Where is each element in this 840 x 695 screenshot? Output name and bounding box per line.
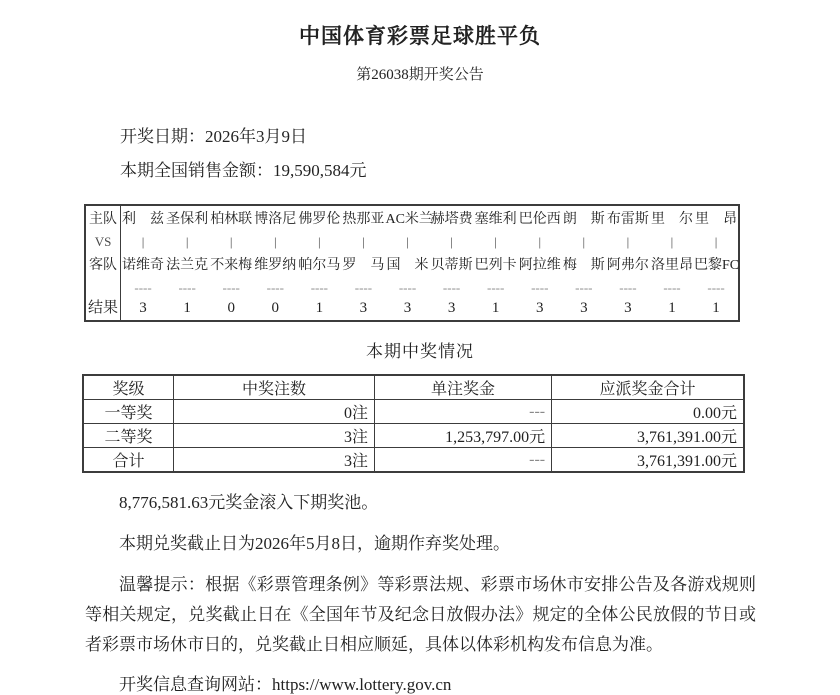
prize-level-cell: 合计 xyxy=(83,448,174,473)
score-placeholder: ---- xyxy=(606,279,650,298)
score-placeholder: ---- xyxy=(121,279,165,298)
home-team-name: 里 昂 xyxy=(694,206,738,232)
away-team-name: 罗 马 xyxy=(341,254,385,279)
away-team-name: 法兰克 xyxy=(165,254,209,279)
vs-bar: | xyxy=(474,232,518,254)
home-team-name: 赫塔费 xyxy=(430,206,474,232)
away-team-name: 阿弗尔 xyxy=(606,254,650,279)
match-table-row-labels: 主队 VS 客队 结果 xyxy=(86,206,121,320)
prize-table-row: 二等奖 3注 1,253,797.00元 3,761,391.00元 xyxy=(83,424,744,448)
vs-bar: | xyxy=(606,232,650,254)
away-team-name: 国 米 xyxy=(385,254,429,279)
match-column: 热那亚 | 罗 马 ---- 3 xyxy=(341,206,385,320)
home-team-name: 塞维利 xyxy=(474,206,518,232)
match-column: 里 昂 | 巴黎FC ---- 1 xyxy=(694,206,738,320)
match-result-value: 3 xyxy=(606,298,650,320)
away-team-name: 阿拉维 xyxy=(518,254,562,279)
match-column: 巴伦西 | 阿拉维 ---- 3 xyxy=(518,206,562,320)
winning-bets-header: 中奖注数 xyxy=(174,375,375,400)
home-row-label: 主队 xyxy=(86,206,120,232)
score-placeholder: ---- xyxy=(562,279,606,298)
single-prize-cell: --- xyxy=(374,448,551,473)
issue-subtitle: 第26038期开奖公告 xyxy=(0,63,840,84)
home-team-name: 佛罗伦 xyxy=(297,206,341,232)
match-column: 布雷斯 | 阿弗尔 ---- 3 xyxy=(606,206,650,320)
prize-table-row: 合计 3注 --- 3,761,391.00元 xyxy=(83,448,744,473)
total-prize-cell: 0.00元 xyxy=(552,400,744,424)
vs-bar: | xyxy=(209,232,253,254)
match-results-table: 主队 VS 客队 结果 利 兹 | 诺维奇 ---- 3 圣保利 | 法兰克 -… xyxy=(84,204,740,322)
vs-bar: | xyxy=(121,232,165,254)
match-result-value: 3 xyxy=(341,298,385,320)
prize-table-row: 一等奖 0注 --- 0.00元 xyxy=(83,400,744,424)
match-column: 佛罗伦 | 帕尔马 ---- 1 xyxy=(297,206,341,320)
score-placeholder: ---- xyxy=(253,279,297,298)
home-team-name: 里 尔 xyxy=(650,206,694,232)
vs-bar: | xyxy=(165,232,209,254)
home-team-name: AC米兰 xyxy=(385,206,429,232)
home-team-name: 朗 斯 xyxy=(562,206,606,232)
vs-bar: | xyxy=(518,232,562,254)
total-prize-header: 应派奖金合计 xyxy=(552,375,744,400)
away-team-name: 诺维奇 xyxy=(121,254,165,279)
prize-level-cell: 二等奖 xyxy=(83,424,174,448)
prize-table-header-row: 奖级 中奖注数 单注奖金 应派奖金合计 xyxy=(83,375,744,400)
match-result-value: 3 xyxy=(430,298,474,320)
vs-bar: | xyxy=(650,232,694,254)
winning-bets-cell: 3注 xyxy=(174,424,375,448)
total-prize-cell: 3,761,391.00元 xyxy=(552,448,744,473)
home-team-name: 热那亚 xyxy=(341,206,385,232)
match-result-value: 1 xyxy=(694,298,738,320)
vs-bar: | xyxy=(562,232,606,254)
match-column: AC米兰 | 国 米 ---- 3 xyxy=(385,206,429,320)
away-team-name: 洛里昂 xyxy=(650,254,694,279)
match-result-value: 1 xyxy=(297,298,341,320)
match-result-value: 3 xyxy=(385,298,429,320)
prize-table: 奖级 中奖注数 单注奖金 应派奖金合计 一等奖 0注 --- 0.00元 二等奖… xyxy=(82,374,745,473)
score-placeholder: ---- xyxy=(694,279,738,298)
match-column: 朗 斯 | 梅 斯 ---- 3 xyxy=(562,206,606,320)
draw-date-line: 开奖日期：2026年3月9日 xyxy=(120,120,840,154)
prize-level-cell: 一等奖 xyxy=(83,400,174,424)
match-column: 柏林联 | 不来梅 ---- 0 xyxy=(209,206,253,320)
rollover-note: 8,776,581.63元奖金滚入下期奖池。 xyxy=(85,488,756,518)
match-result-value: 3 xyxy=(562,298,606,320)
vs-bar: | xyxy=(253,232,297,254)
home-team-name: 巴伦西 xyxy=(518,206,562,232)
winning-bets-cell: 3注 xyxy=(174,448,375,473)
winning-section-heading: 本期中奖情况 xyxy=(0,337,840,362)
match-column: 博洛尼 | 维罗纳 ---- 0 xyxy=(253,206,297,320)
home-team-name: 利 兹 xyxy=(121,206,165,232)
away-team-name: 巴黎FC xyxy=(694,254,738,279)
match-column: 赫塔费 | 贝蒂斯 ---- 3 xyxy=(430,206,474,320)
away-team-name: 梅 斯 xyxy=(562,254,606,279)
vs-bar: | xyxy=(297,232,341,254)
website-note: 开奖信息查询网站：https://www.lottery.gov.cn xyxy=(85,670,756,695)
score-placeholder: ---- xyxy=(297,279,341,298)
match-result-value: 0 xyxy=(209,298,253,320)
match-result-value: 3 xyxy=(518,298,562,320)
single-prize-cell: --- xyxy=(374,400,551,424)
home-team-name: 圣保利 xyxy=(165,206,209,232)
match-result-value: 1 xyxy=(650,298,694,320)
vs-bar: | xyxy=(385,232,429,254)
vs-row-label: VS xyxy=(86,232,120,254)
away-team-name: 贝蒂斯 xyxy=(430,254,474,279)
score-placeholder: ---- xyxy=(341,279,385,298)
match-column: 利 兹 | 诺维奇 ---- 3 xyxy=(121,206,165,320)
away-team-name: 巴列卡 xyxy=(474,254,518,279)
away-team-name: 维罗纳 xyxy=(253,254,297,279)
page-title: 中国体育彩票足球胜平负 xyxy=(0,20,840,50)
total-prize-cell: 3,761,391.00元 xyxy=(552,424,744,448)
vs-bar: | xyxy=(430,232,474,254)
score-placeholder: ---- xyxy=(650,279,694,298)
vs-bar: | xyxy=(341,232,385,254)
deadline-note: 本期兑奖截止日为2026年5月8日，逾期作弃奖处理。 xyxy=(85,529,756,559)
prize-level-header: 奖级 xyxy=(83,375,174,400)
lottery-announcement-page: 中国体育彩票足球胜平负 第26038期开奖公告 开奖日期：2026年3月9日 本… xyxy=(0,0,840,695)
score-placeholder: ---- xyxy=(518,279,562,298)
away-row-label: 客队 xyxy=(86,254,120,279)
home-team-name: 博洛尼 xyxy=(253,206,297,232)
away-team-name: 不来梅 xyxy=(209,254,253,279)
single-prize-header: 单注奖金 xyxy=(374,375,551,400)
winning-bets-cell: 0注 xyxy=(174,400,375,424)
match-result-value: 0 xyxy=(253,298,297,320)
away-team-name: 帕尔马 xyxy=(297,254,341,279)
score-placeholder: ---- xyxy=(209,279,253,298)
match-column: 圣保利 | 法兰克 ---- 1 xyxy=(165,206,209,320)
single-prize-cell: 1,253,797.00元 xyxy=(374,424,551,448)
match-result-value: 1 xyxy=(165,298,209,320)
score-placeholder: ---- xyxy=(474,279,518,298)
match-column: 里 尔 | 洛里昂 ---- 1 xyxy=(650,206,694,320)
tips-note: 温馨提示：根据《彩票管理条例》等彩票法规、彩票市场休市安排公告及各游戏规则等相关… xyxy=(85,570,756,660)
match-result-value: 1 xyxy=(474,298,518,320)
score-placeholder: ---- xyxy=(430,279,474,298)
sales-amount-line: 本期全国销售金额：19,590,584元 xyxy=(120,154,840,188)
vs-bar: | xyxy=(694,232,738,254)
match-column: 塞维利 | 巴列卡 ---- 1 xyxy=(474,206,518,320)
score-placeholder: ---- xyxy=(165,279,209,298)
match-result-value: 3 xyxy=(121,298,165,320)
result-row-label: 结果 xyxy=(86,298,120,320)
spacer-row-label xyxy=(86,279,120,298)
score-placeholder: ---- xyxy=(385,279,429,298)
home-team-name: 布雷斯 xyxy=(606,206,650,232)
home-team-name: 柏林联 xyxy=(209,206,253,232)
